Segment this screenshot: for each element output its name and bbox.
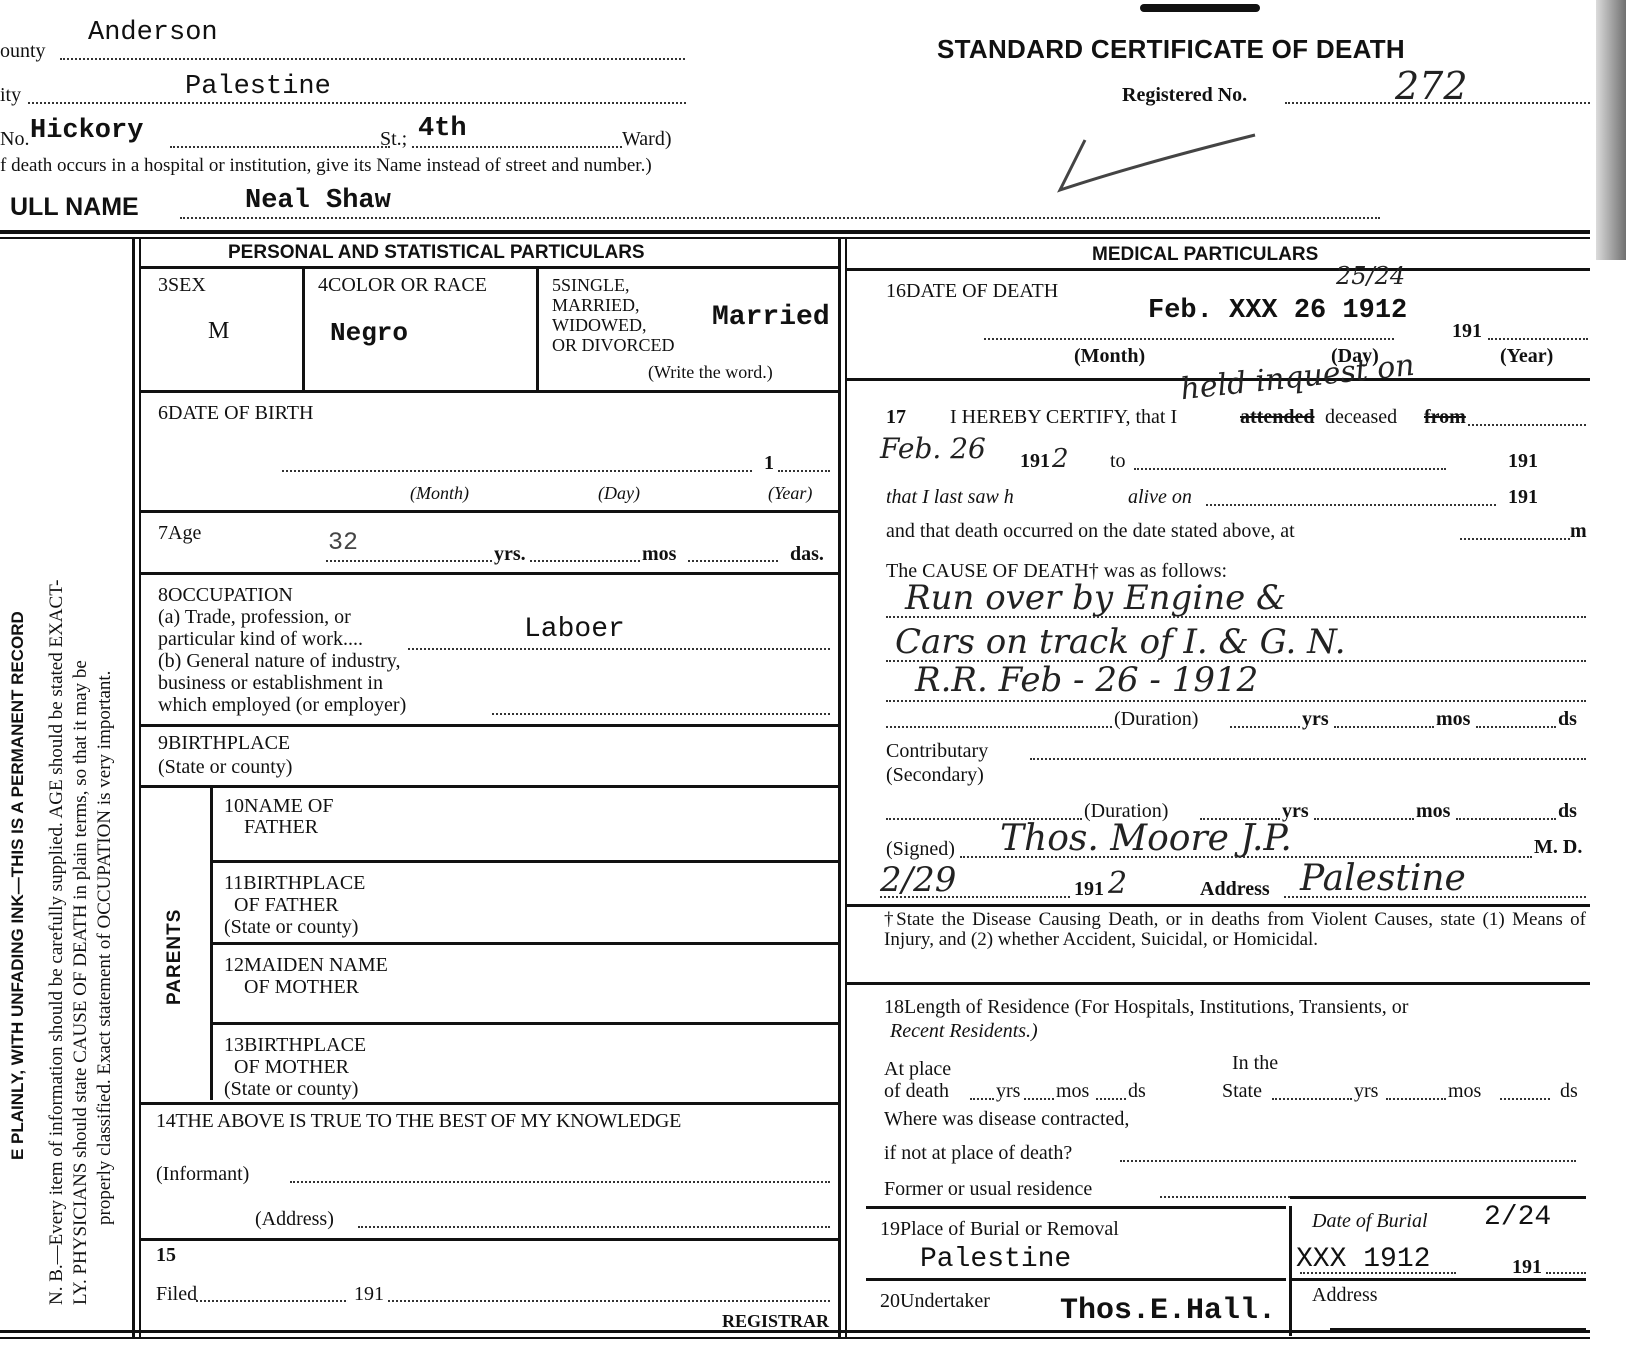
father-name-label-2: FATHER xyxy=(244,816,318,838)
age-das-line[interactable] xyxy=(688,560,778,562)
occupation-b-line[interactable] xyxy=(492,713,830,715)
dob-line[interactable] xyxy=(282,470,752,472)
marital-label-1: 5SINGLE, xyxy=(552,275,630,295)
undertaker-address-line xyxy=(1330,1328,1586,1330)
ward-line xyxy=(412,146,622,148)
burial-year-prefix: 191 xyxy=(1512,1256,1542,1278)
certify-strike-2: from xyxy=(1424,406,1466,428)
mother-bp-label-3: (State or county) xyxy=(224,1078,358,1100)
contributary-label: Contributary xyxy=(886,740,988,762)
signed-date-line xyxy=(880,896,1070,898)
cause-line-2[interactable]: Cars on track of I. & G. N. xyxy=(895,622,1346,662)
in-the-label-1: In the xyxy=(1232,1052,1278,1074)
signed-value[interactable]: Thos. Moore J.P. xyxy=(1000,818,1292,859)
rule xyxy=(141,510,838,513)
dod-line xyxy=(984,338,1394,340)
duration-yrs-line[interactable] xyxy=(1230,726,1300,728)
rule xyxy=(1290,1278,1586,1281)
note-line-2: LY. PHYSICIANS should state CAUSE OF DEA… xyxy=(70,660,92,1305)
secondary-label: (Secondary) xyxy=(886,764,984,786)
dob-month-hint: (Month) xyxy=(410,483,469,503)
frame-middle-b xyxy=(845,238,847,1338)
filed-year: 191 xyxy=(354,1283,384,1305)
informant-label: (Informant) xyxy=(156,1163,249,1185)
dob-year-prefix: 1 xyxy=(764,452,774,474)
signed-year: 191 xyxy=(1074,878,1104,900)
age-das-label: das. xyxy=(790,543,824,565)
occupation-a-2: particular kind of work.... xyxy=(158,628,363,650)
frame-left-inner xyxy=(139,238,141,1338)
address-value[interactable]: Palestine xyxy=(1300,858,1466,899)
duration-mos: mos xyxy=(1436,708,1470,730)
cause-rule-1 xyxy=(886,616,1586,618)
ink-mark xyxy=(1140,4,1260,12)
dod-overwrite: 25/24 xyxy=(1336,262,1405,290)
rule xyxy=(866,1206,1286,1209)
dod-month-hint: (Month) xyxy=(1074,345,1145,367)
frame-bottom-b xyxy=(0,1337,1590,1339)
alive-on-label: alive on xyxy=(1128,486,1192,508)
full-name-line xyxy=(180,217,1380,219)
mother-bp-label-2: OF MOTHER xyxy=(234,1056,349,1078)
rule xyxy=(141,1102,838,1105)
divider xyxy=(536,268,539,390)
ward-label: Ward) xyxy=(622,128,671,150)
certificate-title: STANDARD CERTIFICATE OF DEATH xyxy=(937,34,1405,65)
filed-number: 15 xyxy=(156,1244,176,1266)
registered-label: Registered No. xyxy=(1122,84,1247,106)
burial-date-year[interactable]: XXX 1912 xyxy=(1296,1244,1430,1275)
registrar-label: REGISTRAR xyxy=(722,1311,829,1332)
full-name-label: ULL NAME xyxy=(10,193,139,222)
street-no-label: No. xyxy=(0,128,29,150)
street-value[interactable]: Hickory xyxy=(30,116,143,146)
county-line xyxy=(60,58,685,60)
certify-strike: attended xyxy=(1240,406,1314,428)
age-mos-label: mos xyxy=(642,543,676,565)
mother-name-label-1: 12MAIDEN NAME xyxy=(224,954,388,976)
hospital-note: f death occurs in a hospital or institut… xyxy=(0,155,652,177)
duration2-ds-line[interactable] xyxy=(1456,818,1556,820)
marital-label-4: OR DIVORCED xyxy=(552,335,675,355)
certify-from-line xyxy=(1468,424,1586,426)
occupation-b-2: business or establishment in xyxy=(158,672,383,694)
at-place-label-1: At place xyxy=(884,1058,951,1080)
at-place-ds: ds xyxy=(1128,1080,1146,1102)
certify-number: 17 xyxy=(886,406,906,428)
rule xyxy=(212,860,838,863)
certify-year-suffix: 2 xyxy=(1052,444,1069,474)
certify-to-label: to xyxy=(1110,450,1126,472)
race-value[interactable]: Negro xyxy=(330,318,408,348)
last-saw-label: that I last saw h xyxy=(886,486,1014,508)
former-residence-label: Former or usual residence xyxy=(884,1178,1092,1200)
dod-value[interactable]: Feb. XXX 26 1912 xyxy=(1148,296,1407,326)
checkmark-icon xyxy=(1055,130,1275,200)
contracted-label-2: if not at place of death? xyxy=(884,1142,1072,1164)
dob-year-line[interactable] xyxy=(778,470,830,472)
birthplace-label: 9BIRTHPLACE xyxy=(158,732,290,754)
burial-place-label: 19Place of Burial or Removal xyxy=(880,1218,1119,1240)
city-line xyxy=(28,102,686,104)
address-label: Address xyxy=(1200,878,1270,900)
signed-year-suffix: 2 xyxy=(1108,866,1127,901)
father-bp-label-2: OF FATHER xyxy=(234,894,339,916)
duration-mos-line[interactable] xyxy=(1334,726,1434,728)
burial-date-value[interactable]: 2/24 xyxy=(1484,1202,1551,1233)
rule xyxy=(847,268,1590,271)
occupation-value[interactable]: Laboer xyxy=(524,614,625,645)
informant-address-label: (Address) xyxy=(255,1208,334,1230)
dob-year-hint: (Year) xyxy=(768,483,812,503)
signed-date[interactable]: 2/29 xyxy=(880,860,956,900)
undertaker-value[interactable]: Thos.E.Hall. xyxy=(1060,1294,1276,1328)
last-saw-year: 191 xyxy=(1508,486,1538,508)
in-state-mos-line[interactable] xyxy=(1386,1098,1446,1100)
rule xyxy=(847,904,1590,907)
occupation-b-1: (b) General nature of industry, xyxy=(158,650,401,672)
cause-line-1[interactable]: Run over by Engine & xyxy=(905,578,1286,618)
occurred-text: and that death occurred on the date stat… xyxy=(886,520,1295,542)
rule xyxy=(141,266,838,269)
dob-label: 6DATE OF BIRTH xyxy=(158,402,313,424)
st-label: St.; xyxy=(380,128,407,150)
rule xyxy=(866,1278,1286,1281)
occurred-line[interactable] xyxy=(1460,538,1570,540)
in-state-yrs: yrs xyxy=(1354,1080,1378,1102)
dod-year-line xyxy=(1488,338,1588,340)
duration2-ds: ds xyxy=(1558,800,1577,822)
residence-label-1: 18Length of Residence (For Hospitals, In… xyxy=(884,996,1408,1018)
occupation-b-3: which employed (or employer) xyxy=(158,694,406,716)
marital-value[interactable]: Married xyxy=(712,302,830,333)
rule xyxy=(212,942,838,945)
certify-handwritten-insert: held inquest on xyxy=(1179,348,1416,407)
duration-line xyxy=(886,726,1112,728)
signed-label: (Signed) xyxy=(886,838,955,860)
burial-divider xyxy=(1289,1206,1292,1336)
burial-date-label: Date of Burial xyxy=(1312,1210,1428,1232)
contributary-line[interactable] xyxy=(1030,758,1586,760)
filed-registrar-line[interactable] xyxy=(388,1300,830,1302)
at-place-label-2: of death xyxy=(884,1080,949,1102)
at-place-mos-line[interactable] xyxy=(1024,1098,1054,1100)
burial-date-line xyxy=(1300,1272,1456,1274)
occupation-a-line xyxy=(408,648,830,650)
street-line xyxy=(170,146,390,148)
in-state-mos: mos xyxy=(1448,1080,1481,1102)
frame-left-outer xyxy=(132,238,135,1338)
duration2-mos-line[interactable] xyxy=(1314,818,1414,820)
marital-label-2: MARRIED, xyxy=(552,295,640,315)
rule xyxy=(141,572,838,575)
city-label: ity xyxy=(0,84,21,106)
county-label: ounty xyxy=(0,40,46,62)
knowledge-label: 14THE ABOVE IS TRUE TO THE BEST OF MY KN… xyxy=(156,1110,681,1132)
marital-hint: (Write the word.) xyxy=(648,362,773,382)
rule xyxy=(1290,1196,1586,1199)
rule xyxy=(141,1238,838,1241)
father-bp-label-3: (State or county) xyxy=(224,916,358,938)
informant-address-line[interactable] xyxy=(358,1226,830,1228)
father-bp-label-1: 11BIRTHPLACE xyxy=(224,872,365,894)
note-line-1: N. B.—Every item of information should b… xyxy=(46,580,68,1305)
in-state-ds: ds xyxy=(1560,1080,1578,1102)
age-label: 7Age xyxy=(158,522,201,544)
rule xyxy=(141,724,838,727)
age-mos-line[interactable] xyxy=(530,560,640,562)
filed-label: Filed xyxy=(156,1283,197,1305)
filed-date-line[interactable] xyxy=(196,1300,346,1302)
undertaker-address-label: Address xyxy=(1312,1284,1378,1306)
rule xyxy=(141,390,838,393)
at-place-mos: mos xyxy=(1056,1080,1089,1102)
mother-name-label-2: OF MOTHER xyxy=(244,976,359,998)
certify-year-2: 191 xyxy=(1508,450,1538,472)
ward-value[interactable]: 4th xyxy=(418,114,467,144)
mother-bp-label-1: 13BIRTHPLACE xyxy=(224,1034,366,1056)
age-yrs-line xyxy=(326,560,492,562)
dod-year-prefix: 191 xyxy=(1452,320,1482,342)
header-rule-top xyxy=(0,230,1590,234)
duration-label: (Duration) xyxy=(1114,708,1198,730)
sex-value[interactable]: M xyxy=(208,318,229,345)
contracted-label-1: Where was disease contracted, xyxy=(884,1108,1129,1130)
in-state-yrs-line[interactable] xyxy=(1272,1098,1352,1100)
certify-from-value[interactable]: Feb. 26 xyxy=(880,432,986,465)
registered-value[interactable]: 272 xyxy=(1395,64,1468,108)
parents-label: PARENTS xyxy=(164,909,186,1005)
certify-to-line[interactable] xyxy=(1134,468,1446,470)
burial-place-value[interactable]: Palestine xyxy=(920,1244,1071,1275)
rule xyxy=(212,1022,838,1025)
occurred-suffix: m xyxy=(1570,520,1587,542)
certify-text-1: I HEREBY CERTIFY, that I xyxy=(950,406,1177,428)
undertaker-label: 20Undertaker xyxy=(880,1290,990,1312)
header-rule-bottom xyxy=(0,237,1590,239)
cause-rule-3 xyxy=(886,700,1586,702)
certify-text-2: deceased xyxy=(1325,406,1397,428)
last-saw-line[interactable] xyxy=(1206,504,1496,506)
city-value[interactable]: Palestine xyxy=(185,72,331,102)
address-line xyxy=(1284,896,1586,898)
contracted-line[interactable] xyxy=(1120,1160,1576,1162)
at-place-yrs-line[interactable] xyxy=(970,1098,994,1100)
duration-ds-line[interactable] xyxy=(1476,726,1556,728)
in-the-label-2: State xyxy=(1222,1080,1262,1102)
rule xyxy=(141,785,838,788)
race-label: 4COLOR OR RACE xyxy=(318,274,487,296)
cause-footnote: †State the Disease Causing Death, or in … xyxy=(884,910,1586,950)
full-name-value[interactable]: Neal Shaw xyxy=(245,186,391,216)
informant-line[interactable] xyxy=(290,1181,830,1183)
father-name-label-1: 10NAME OF xyxy=(224,795,333,817)
md-label: M. D. xyxy=(1534,836,1582,858)
marital-label-3: WIDOWED, xyxy=(552,315,646,335)
personal-section-title: PERSONAL AND STATISTICAL PARTICULARS xyxy=(228,242,645,264)
county-value[interactable]: Anderson xyxy=(88,18,218,48)
paper-edge-shadow xyxy=(1596,0,1626,260)
cause-line-3[interactable]: R.R. Feb - 26 - 1912 xyxy=(915,660,1258,700)
frame-middle-a xyxy=(838,238,841,1338)
burial-year-line xyxy=(1546,1272,1586,1274)
residence-label-2: Recent Residents.) xyxy=(890,1020,1038,1042)
occupation-label: 8OCCUPATION xyxy=(158,584,293,606)
certify-year-1: 191 xyxy=(1020,450,1050,472)
duration-yrs: yrs xyxy=(1302,708,1329,730)
birthplace-hint: (State or county) xyxy=(158,756,292,778)
age-value[interactable]: 32 xyxy=(328,528,358,557)
dob-day-hint: (Day) xyxy=(598,483,640,503)
at-place-yrs: yrs xyxy=(996,1080,1020,1102)
note-line-3: properly classified. Exact statement of … xyxy=(94,671,116,1225)
sex-label: 3SEX xyxy=(158,274,206,296)
permanent-record-note: E PLAINLY, WITH UNFADING INK—THIS IS A P… xyxy=(8,611,28,1160)
dod-label: 16DATE OF DEATH xyxy=(886,280,1058,302)
age-yrs-label: yrs. xyxy=(494,543,526,565)
in-state-ds-line[interactable] xyxy=(1500,1098,1550,1100)
at-place-ds-line[interactable] xyxy=(1096,1098,1126,1100)
dod-year-hint: (Year) xyxy=(1500,345,1553,367)
occupation-a-1: (a) Trade, profession, or xyxy=(158,606,351,628)
divider xyxy=(302,268,305,390)
duration2-mos: mos xyxy=(1416,800,1450,822)
medical-section-title: MEDICAL PARTICULARS xyxy=(1092,244,1318,266)
rule xyxy=(847,982,1590,985)
duration-ds: ds xyxy=(1558,708,1577,730)
